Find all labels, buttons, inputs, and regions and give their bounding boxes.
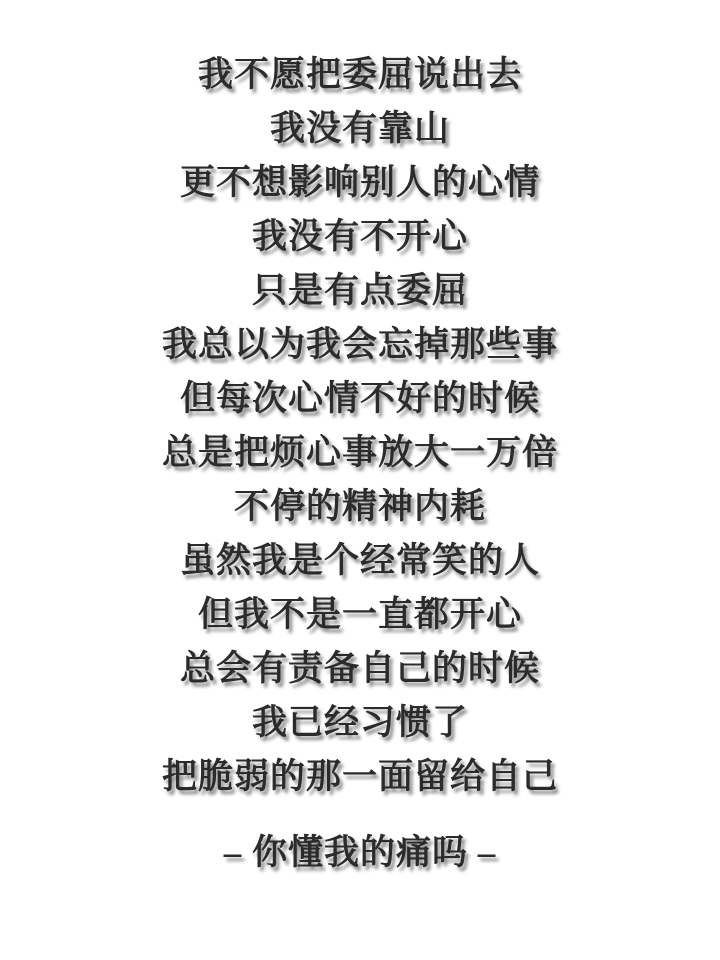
poem-line: 只是有点委屈 xyxy=(0,264,720,318)
poem-line: 总是把烦心事放大一万倍 xyxy=(0,426,720,480)
poem-line: 我已经习惯了 xyxy=(0,696,720,750)
poem-line: 把脆弱的那一面留给自己 xyxy=(0,750,720,804)
poem-quote-image: 我不愿把委屈说出去 我没有靠山 更不想影响别人的心情 我没有不开心 只是有点委屈… xyxy=(0,0,720,880)
poem-line: 更不想影响别人的心情 xyxy=(0,156,720,210)
poem-line: 总会有责备自己的时候 xyxy=(0,642,720,696)
poem-footer: – 你懂我的痛吗 – xyxy=(0,826,720,880)
poem-line: 我没有靠山 xyxy=(0,102,720,156)
poem-line: 虽然我是个经常笑的人 xyxy=(0,534,720,588)
poem-line: 我不愿把委屈说出去 xyxy=(0,48,720,102)
poem-line: 但我不是一直都开心 xyxy=(0,588,720,642)
poem-line: 我没有不开心 xyxy=(0,210,720,264)
poem-line: 我总以为我会忘掉那些事 xyxy=(0,318,720,372)
poem-line: 不停的精神内耗 xyxy=(0,480,720,534)
poem-line: 但每次心情不好的时候 xyxy=(0,372,720,426)
